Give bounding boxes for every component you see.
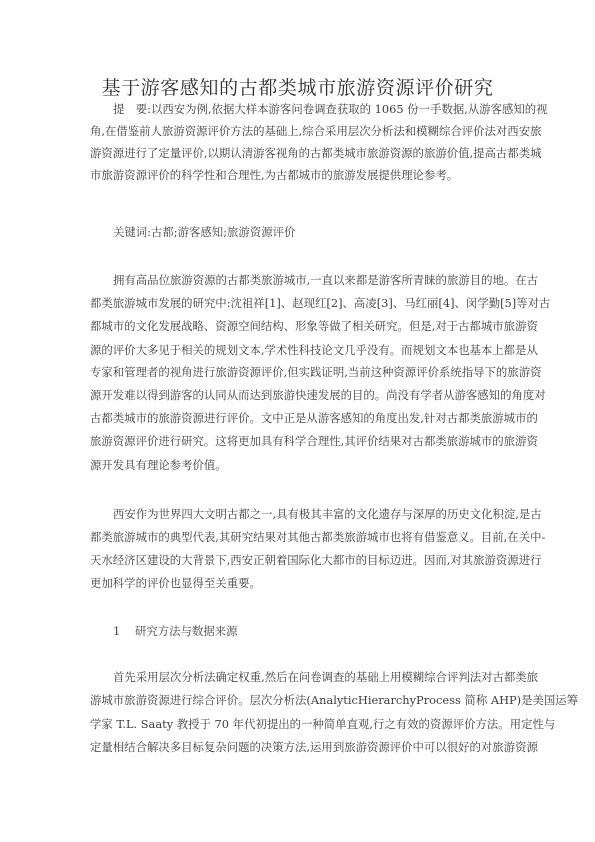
- keywords: 关键词:古都;游客感知;旅游资源评价: [113, 223, 295, 241]
- paragraph-line: 更加科学的评价也显得至关重要。: [90, 574, 505, 592]
- paragraph-line: 古都类城市的旅游资源进行评价。文中正是从游客感知的角度出发,针对古都类旅游城市的: [90, 409, 505, 427]
- paragraph-line: 学家 T.L. Saaty 教授于 70 年代初提出的一种简单直观,行之有效的资…: [90, 715, 505, 733]
- paragraph-line: 都类旅游城市的典型代表,其研究结果对其他古都类旅游城市也将有借鉴意义。目前,在关…: [90, 528, 505, 546]
- paragraph-line: 拥有高品位旅游资源的古都类旅游城市,一直以来都是游客所青睐的旅游目的地。在古: [113, 271, 505, 289]
- paragraph-line: 专家和管理者的视角进行旅游资源评价,但实践证明,当前这种资源评价系统指导下的旅游…: [90, 363, 505, 381]
- paragraph-line: 源的评价大多见于相关的规划文本,学术性科技论文几乎没有。而规划文本也基本上都是从: [90, 341, 505, 359]
- section-title: 研究方法与数据来源: [135, 624, 238, 638]
- section-number: 1: [113, 622, 135, 640]
- paragraph-line: 都城市的文化发展战略、资源空间结构、形象等做了相关研究。但是,对于古都城市旅游资: [90, 317, 505, 335]
- paragraph-line: 天水经济区建设的大背景下,西安正朝着国际化大都市的目标迈进。因而,对其旅游资源进…: [90, 551, 505, 569]
- paragraph-line: 游城市旅游资源进行综合评价。层次分析法(AnalyticHierarchyPro…: [90, 691, 505, 709]
- abstract-line: 游资源进行了定量评价,以期认清游客视角的古都类城市旅游资源的旅游价值,提高古都类…: [90, 144, 505, 162]
- abstract-line: 市旅游资源评价的科学性和合理性,为古都城市的旅游发展提供理论参考。: [90, 166, 505, 184]
- page-title: 基于游客感知的古都类城市旅游资源评价研究: [90, 76, 505, 100]
- paragraph-line: 西安作为世界四大文明古都之一,具有极其丰富的文化遗存与深厚的历史文化积淀,是古: [113, 505, 505, 523]
- paragraph-line: 旅游资源评价进行研究。这将更加具有科学合理性,其评价结果对古都类旅游城市的旅游资: [90, 432, 505, 450]
- section-heading: 1研究方法与数据来源: [113, 622, 238, 640]
- document-page: 基于游客感知的古都类城市旅游资源评价研究 提 要:以西安为例,依据大样本游客问卷…: [0, 0, 595, 842]
- paragraph-line: 定量相结合解决多目标复杂问题的决策方法,运用到旅游资源评价中可以很好的对旅游资源: [90, 738, 505, 756]
- paragraph-line: 源开发难以得到游客的认同从而达到旅游快速发展的目的。尚没有学者从游客感知的角度对: [90, 386, 505, 404]
- abstract-line: 角,在借鉴前人旅游资源评价方法的基础上,综合采用层次分析法和模糊综合评价法对西安…: [90, 122, 505, 140]
- paragraph-line: 首先采用层次分析法确定权重,然后在问卷调查的基础上用模糊综合评判法对古都类旅: [113, 668, 505, 686]
- paragraph-line: 都类旅游城市发展的研究中:沈祖祥[1]、赵现红[2]、高凌[3]、马红丽[4]、…: [90, 294, 505, 312]
- abstract-line: 提 要:以西安为例,依据大样本游客问卷调查获取的 1065 份一手数据,从游客感…: [113, 100, 505, 118]
- paragraph-line: 源开发具有理论参考价值。: [90, 456, 505, 474]
